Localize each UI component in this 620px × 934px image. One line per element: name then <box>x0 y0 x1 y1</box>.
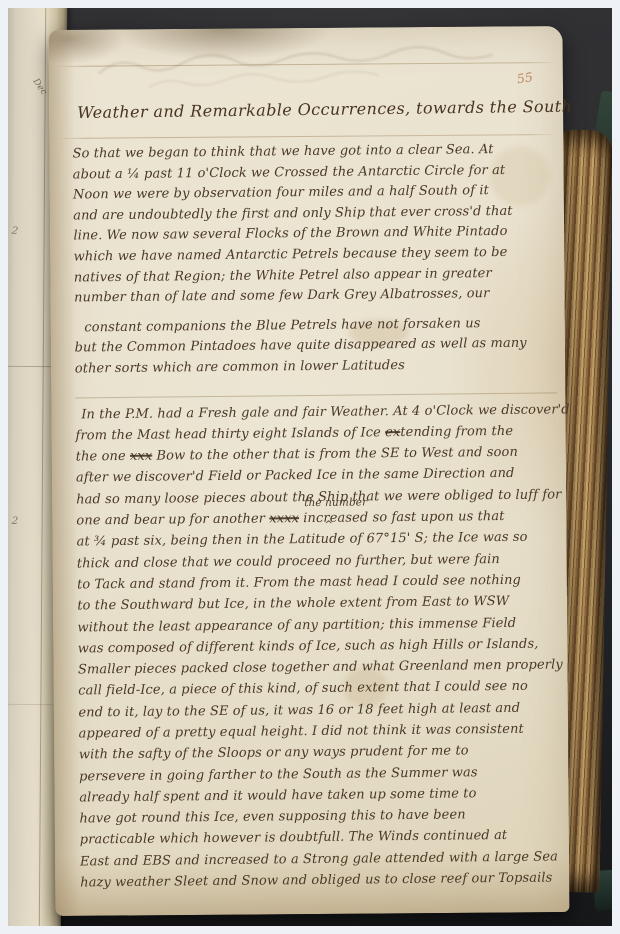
paragraph: constant companions the Blue Petrels hav… <box>74 313 557 380</box>
manuscript-text: to Tack and stand from it. From the mast… <box>77 573 521 593</box>
manuscript-text: tending from the <box>400 424 513 440</box>
manuscript-text: and are undoubtedly the first and only S… <box>73 204 513 224</box>
manuscript-text: constant companions the Blue Petrels hav… <box>84 316 480 335</box>
facing-page-text-fragment: 2 <box>11 225 19 237</box>
manuscript-paragraphs: So that we began to think that we have g… <box>72 139 562 893</box>
struck-out-word: xxxx <box>269 511 299 526</box>
manuscript-text: number than of late and some few Dark Gr… <box>74 286 489 305</box>
facing-page-text-fragment: Dec <box>30 77 48 97</box>
manuscript-text: So that we began to think that we have g… <box>72 142 493 161</box>
manuscript-text: Smaller pieces packed close together and… <box>78 657 563 677</box>
manuscript-line: other sorts which are common in lower La… <box>75 354 557 380</box>
manuscript-photo: Dec 2 2 55 Weather and Remarkable Occurr… <box>8 8 612 926</box>
paragraph: In the P.M. had a Fresh gale and fair We… <box>75 392 562 894</box>
facing-page-text-fragment: 2 <box>11 516 18 527</box>
manuscript-line: number than of late and some few Dark Gr… <box>74 284 556 310</box>
manuscript-text: thick and close that we could proceed no… <box>77 552 500 571</box>
manuscript-text: about a ¼ past 11 o'Clock we Crossed the… <box>73 163 506 183</box>
page-number: 55 <box>516 69 534 86</box>
manuscript-text: other sorts which are common in lower La… <box>75 358 405 376</box>
manuscript-text: line. We now saw several Flocks of the B… <box>73 224 507 244</box>
manuscript-text: one and bear up for another <box>76 511 269 528</box>
entry-divider-line <box>8 704 52 705</box>
manuscript-text: In the P.M. had a Fresh gale and fair We… <box>81 402 570 422</box>
manuscript-text: Bow to the other that is from the SE to … <box>152 445 518 464</box>
margin-rule-line <box>39 8 47 926</box>
header-underline <box>57 134 557 139</box>
manuscript-text: the one <box>76 449 130 465</box>
manuscript-text: which we have named Antarctic Petrels be… <box>74 245 508 265</box>
manuscript-text: end to it, lay to the SE of us, it was 1… <box>78 701 520 721</box>
struck-out-word: ex <box>385 425 400 440</box>
manuscript-text: have got round this Ice, even supposing … <box>79 808 465 827</box>
entry-header: Weather and Remarkable Occurrences, towa… <box>77 97 553 122</box>
journal-page: 55 Weather and Remarkable Occurrences, t… <box>49 26 570 916</box>
entry-divider-line <box>8 366 55 367</box>
manuscript-text: after we discover'd Field or Packed Ice … <box>76 466 515 486</box>
manuscript-text: at ¾ past six, being then in the Latitud… <box>77 530 528 550</box>
manuscript-text: to the Southward but Ice, in the whole e… <box>77 594 509 614</box>
manuscript-text: already half spent and it would have tak… <box>79 786 476 805</box>
manuscript-line: hazy weather Sleet and Snow and obliged … <box>80 867 562 893</box>
manuscript-text: East and EBS and increased to a Strong g… <box>80 849 558 869</box>
manuscript-text: but the Common Pintadoes have quite disa… <box>75 336 527 356</box>
manuscript-text: without the least appearance of any part… <box>77 615 516 635</box>
manuscript-text: hazy weather Sleet and Snow and obliged … <box>80 871 552 891</box>
struck-out-word: xxx <box>130 449 152 464</box>
paragraph: So that we began to think that we have g… <box>72 139 556 309</box>
manuscript-text: natives of that Region; the White Petrel… <box>74 266 492 285</box>
inserted-word-above-line: the number <box>304 497 367 508</box>
manuscript-text: appeared of a pretty equal height. I did… <box>79 722 524 742</box>
manuscript-text: persevere in going farther to the South … <box>79 765 478 784</box>
manuscript-text: was composed of different kinds of Ice, … <box>78 636 539 656</box>
manuscript-text: from the Mast head thirty eight Islands … <box>75 425 385 443</box>
manuscript-text: practicable which however is doubtfull. … <box>80 828 508 847</box>
manuscript-text: call field-Ice, a piece of this kind, of… <box>78 679 528 699</box>
manuscript-text: Noon we were by observation four miles a… <box>73 183 489 202</box>
manuscript-text: with the safty of the Sloops or any ways… <box>79 744 469 763</box>
